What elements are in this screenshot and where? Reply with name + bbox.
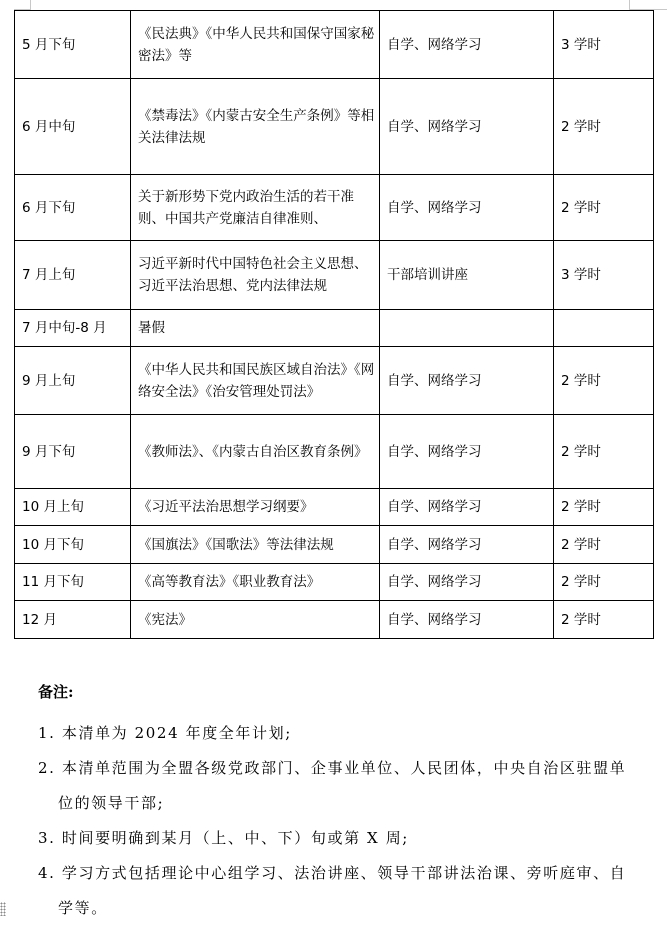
cell-time: 9 月上旬 xyxy=(15,347,131,415)
cell-content: 关于新形势下党内政治生活的若干准则、中国共产党廉洁自律准则、 xyxy=(131,175,380,241)
cell-method: 自学、网络学习 xyxy=(380,79,554,175)
table-row: 12 月 《宪法》 自学、网络学习 2 学时 xyxy=(15,601,654,639)
table-row: 6 月中旬 《禁毒法》《内蒙古安全生产条例》等相关法律法规 自学、网络学习 2 … xyxy=(15,79,654,175)
cell-method: 自学、网络学习 xyxy=(380,526,554,564)
note-item: 4. 学习方式包括理论中心组学习、法治讲座、领导干部讲法治课、旁听庭审、自学等。 xyxy=(38,856,638,926)
cell-hours: 2 学时 xyxy=(554,415,654,489)
cell-content: 《高等教育法》《职业教育法》 xyxy=(131,564,380,601)
cell-method xyxy=(380,310,554,347)
cell-hours: 2 学时 xyxy=(554,175,654,241)
cell-content: 《习近平法治思想学习纲要》 xyxy=(131,489,380,526)
table-row: 10 月下旬 《国旗法》《国歌法》等法律法规 自学、网络学习 2 学时 xyxy=(15,526,654,564)
cell-time: 7 月上旬 xyxy=(15,241,131,310)
cell-content: 暑假 xyxy=(131,310,380,347)
cell-content: 《禁毒法》《内蒙古安全生产条例》等相关法律法规 xyxy=(131,79,380,175)
note-item: 1. 本清单为 2024 年度全年计划; xyxy=(38,716,638,751)
cell-time: 10 月上旬 xyxy=(15,489,131,526)
cell-method: 自学、网络学习 xyxy=(380,11,554,79)
cell-hours: 3 学时 xyxy=(554,11,654,79)
cell-time: 11 月下旬 xyxy=(15,564,131,601)
cell-method: 自学、网络学习 xyxy=(380,564,554,601)
note-item: 2. 本清单范围为全盟各级党政部门、企事业单位、人民团体，中央自治区驻盟单位的领… xyxy=(38,751,638,821)
table-row: 7 月上旬 习近平新时代中国特色社会主义思想、习近平法治思想、党内法律法规 干部… xyxy=(15,241,654,310)
cell-hours: 2 学时 xyxy=(554,526,654,564)
cell-method: 自学、网络学习 xyxy=(380,175,554,241)
cell-time: 12 月 xyxy=(15,601,131,639)
cell-content: 《中华人民共和国民族区域自治法》《网络安全法》《治安管理处罚法》 xyxy=(131,347,380,415)
table-row: 9 月上旬 《中华人民共和国民族区域自治法》《网络安全法》《治安管理处罚法》 自… xyxy=(15,347,654,415)
table-row: 9 月下旬 《教师法》、《内蒙古自治区教育条例》 自学、网络学习 2 学时 xyxy=(15,415,654,489)
cell-time: 6 月下旬 xyxy=(15,175,131,241)
cell-content: 《国旗法》《国歌法》等法律法规 xyxy=(131,526,380,564)
table-row: 10 月上旬 《习近平法治思想学习纲要》 自学、网络学习 2 学时 xyxy=(15,489,654,526)
cell-method: 自学、网络学习 xyxy=(380,601,554,639)
cell-hours: 2 学时 xyxy=(554,347,654,415)
cell-content: 习近平新时代中国特色社会主义思想、习近平法治思想、党内法律法规 xyxy=(131,241,380,310)
table-row: 7 月中旬-8 月 暑假 xyxy=(15,310,654,347)
cell-hours: 2 学时 xyxy=(554,564,654,601)
cell-time: 6 月中旬 xyxy=(15,79,131,175)
cell-hours: 2 学时 xyxy=(554,489,654,526)
cell-method: 自学、网络学习 xyxy=(380,415,554,489)
cell-time: 5 月下旬 xyxy=(15,11,131,79)
cell-method: 自学、网络学习 xyxy=(380,347,554,415)
table-row: 11 月下旬 《高等教育法》《职业教育法》 自学、网络学习 2 学时 xyxy=(15,564,654,601)
cell-method: 自学、网络学习 xyxy=(380,489,554,526)
study-plan-table: 5 月下旬 《民法典》《中华人民共和国保守国家秘密法》等 自学、网络学习 3 学… xyxy=(14,10,654,639)
cell-content: 《民法典》《中华人民共和国保守国家秘密法》等 xyxy=(131,11,380,79)
cell-hours xyxy=(554,310,654,347)
cell-time: 7 月中旬-8 月 xyxy=(15,310,131,347)
cell-hours: 3 学时 xyxy=(554,241,654,310)
cell-time: 10 月下旬 xyxy=(15,526,131,564)
drag-handle-icon[interactable] xyxy=(0,902,6,916)
cell-method: 干部培训讲座 xyxy=(380,241,554,310)
cell-hours: 2 学时 xyxy=(554,601,654,639)
cell-content: 《宪法》 xyxy=(131,601,380,639)
notes-section: 备注: 1. 本清单为 2024 年度全年计划; 2. 本清单范围为全盟各级党政… xyxy=(38,682,638,926)
cell-time: 9 月下旬 xyxy=(15,415,131,489)
cell-hours: 2 学时 xyxy=(554,79,654,175)
cell-content: 《教师法》、《内蒙古自治区教育条例》 xyxy=(131,415,380,489)
table-row: 6 月下旬 关于新形势下党内政治生活的若干准则、中国共产党廉洁自律准则、 自学、… xyxy=(15,175,654,241)
note-item: 3. 时间要明确到某月（上、中、下）旬或第 X 周; xyxy=(38,821,638,856)
notes-title: 备注: xyxy=(38,682,638,702)
table-row: 5 月下旬 《民法典》《中华人民共和国保守国家秘密法》等 自学、网络学习 3 学… xyxy=(15,11,654,79)
